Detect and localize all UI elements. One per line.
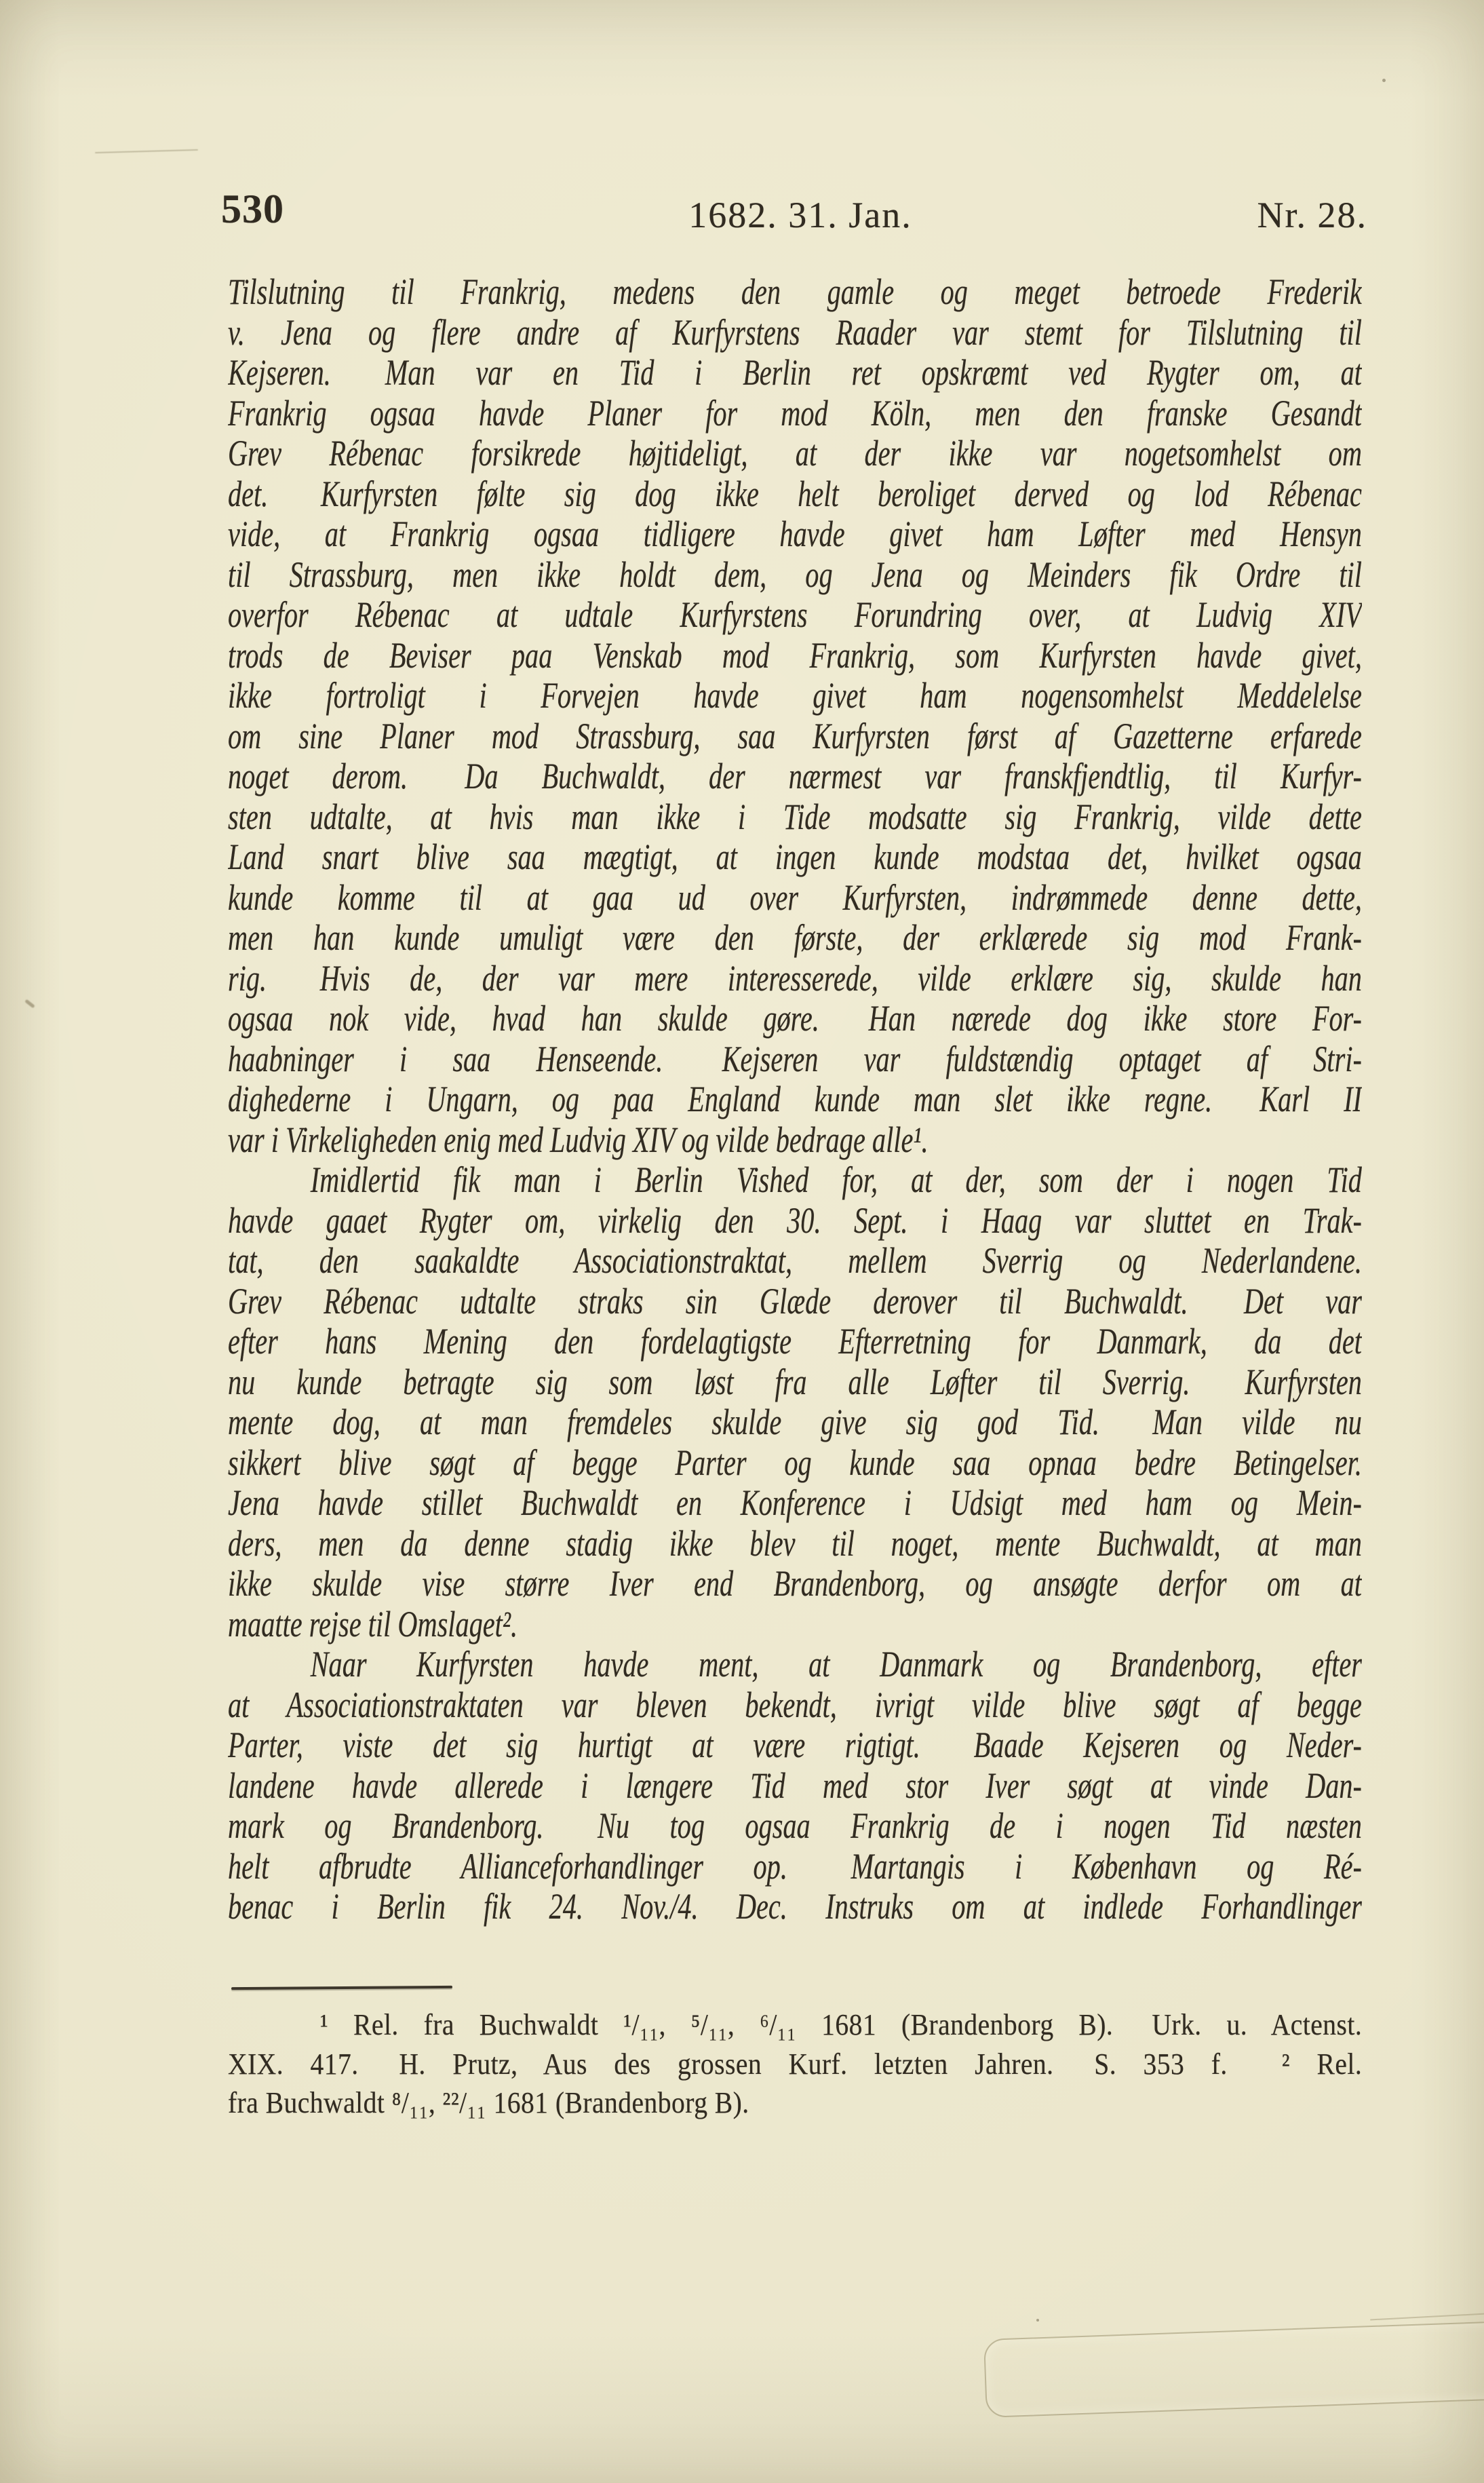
text-line: rig. Hvis de, der var mere interesserede… (228, 959, 1362, 999)
text-line: vide, at Frankrig ogsaa tidligere havde … (228, 514, 1362, 555)
text-line: Grev Rébenac udtalte straks sin Glæde de… (228, 1282, 1362, 1322)
text-line: noget derom. Da Buchwaldt, der nærmest v… (228, 756, 1362, 797)
text-line: dighederne i Ungarn, og paa England kund… (228, 1079, 1362, 1120)
text-line: til Strassburg, men ikke holdt dem, og J… (228, 555, 1362, 596)
text-line: Naar Kurfyrsten havde ment, at Danmark o… (228, 1644, 1362, 1685)
text-line: Kejseren. Man var en Tid i Berlin ret op… (228, 353, 1362, 393)
text-line: Land snart blive saa mægtigt, at ingen k… (228, 837, 1362, 878)
text-line: benac i Berlin fik 24. Nov./4. Dec. Inst… (228, 1887, 1362, 1927)
paper-speck (1036, 2319, 1039, 2322)
footnote-line: fra Buchwaldt ⁸/₁₁, ²²/₁₁ 1681 (Brandenb… (228, 2083, 1362, 2123)
text-line: tat, den saakaldte Associationstraktat, … (228, 1241, 1362, 1282)
text-line: sikkert blive søgt af begge Parter og ku… (228, 1443, 1362, 1484)
page-number: 530 (221, 189, 284, 229)
text-line: kunde komme til at gaa ud over Kurfyrste… (228, 878, 1362, 919)
text-line: det. Kurfyrsten følte sig dog ikke helt … (228, 474, 1362, 515)
text-line: nu kunde betragte sig som løst fra alle … (228, 1362, 1362, 1403)
label-impression-line (1370, 2305, 1484, 2321)
text-line: mark og Brandenborg. Nu tog ogsaa Frankr… (228, 1806, 1362, 1847)
text-line: Parter, viste det sig hurtigt at være ri… (228, 1725, 1362, 1766)
text-line: var i Virkeligheden enig med Ludvig XIV … (228, 1120, 1362, 1161)
text-line: mente dog, at man fremdeles skulde give … (228, 1402, 1362, 1443)
text-line: havde gaaet Rygter om, virkelig den 30. … (228, 1201, 1362, 1241)
footnote-rule (231, 1986, 452, 1990)
body-text: Tilslutning til Frankrig, medens den gam… (228, 272, 1362, 1927)
text-line: ikke fortroligt i Forvejen havde givet h… (228, 676, 1362, 716)
text-line: v. Jena og flere andre af Kurfyrstens Ra… (228, 313, 1362, 353)
text-line: helt afbrudte Allianceforhandlinger op. … (228, 1847, 1362, 1887)
text-line: Grev Rébenac forsikrede højtideligt, at … (228, 434, 1362, 474)
text-line: at Associationstraktaten var bleven beke… (228, 1685, 1362, 1726)
text-line: men han kunde umuligt være den første, d… (228, 918, 1362, 959)
text-line: landene havde allerede i længere Tid med… (228, 1766, 1362, 1807)
text-line: ders, men da denne stadig ikke blev til … (228, 1524, 1362, 1564)
text-line: overfor Rébenac at udtale Kurfyrstens Fo… (228, 595, 1362, 636)
text-line: Imidlertid fik man i Berlin Vished for, … (228, 1160, 1362, 1201)
book-page-scan: 530 1682. 31. Jan. Nr. 28. Tilslutning t… (0, 0, 1484, 2483)
text-line: sten udtalte, at hvis man ikke i Tide mo… (228, 797, 1362, 838)
text-line: ogsaa nok vide, hvad han skulde gøre. Ha… (228, 999, 1362, 1039)
footnote-line: ¹ Rel. fra Buchwaldt ¹/₁₁, ⁵/₁₁, ⁶/₁₁ 16… (228, 2005, 1362, 2045)
text-line: om sine Planer mod Strassburg, saa Kurfy… (228, 716, 1362, 757)
footnotes: ¹ Rel. fra Buchwaldt ¹/₁₁, ⁵/₁₁, ⁶/₁₁ 16… (228, 2005, 1362, 2123)
text-line: Jena havde stillet Buchwaldt en Konferen… (228, 1483, 1362, 1524)
text-line: efter hans Mening den fordelagtigste Eft… (228, 1322, 1362, 1362)
text-line: trods de Beviser paa Venskab mod Frankri… (228, 636, 1362, 676)
text-line: ikke skulde vise større Iver end Branden… (228, 1564, 1362, 1604)
footnote-line: XIX. 417. H. Prutz, Aus des grossen Kurf… (228, 2045, 1362, 2084)
paper-speck (1382, 79, 1386, 82)
label-impression-outline (983, 2318, 1484, 2418)
text-line: maatte rejse til Omslaget². (228, 1604, 1362, 1645)
text-line: Tilslutning til Frankrig, medens den gam… (228, 272, 1362, 313)
paper-scratch (95, 149, 198, 153)
text-line: Frankrig ogsaa havde Planer for mod Köln… (228, 393, 1362, 434)
document-number: Nr. 28. (1164, 197, 1367, 233)
text-line: haabninger i saa Henseende. Kejseren var… (228, 1039, 1362, 1080)
stray-ink-mark (24, 999, 35, 1009)
header-date: 1682. 31. Jan. (678, 197, 922, 233)
